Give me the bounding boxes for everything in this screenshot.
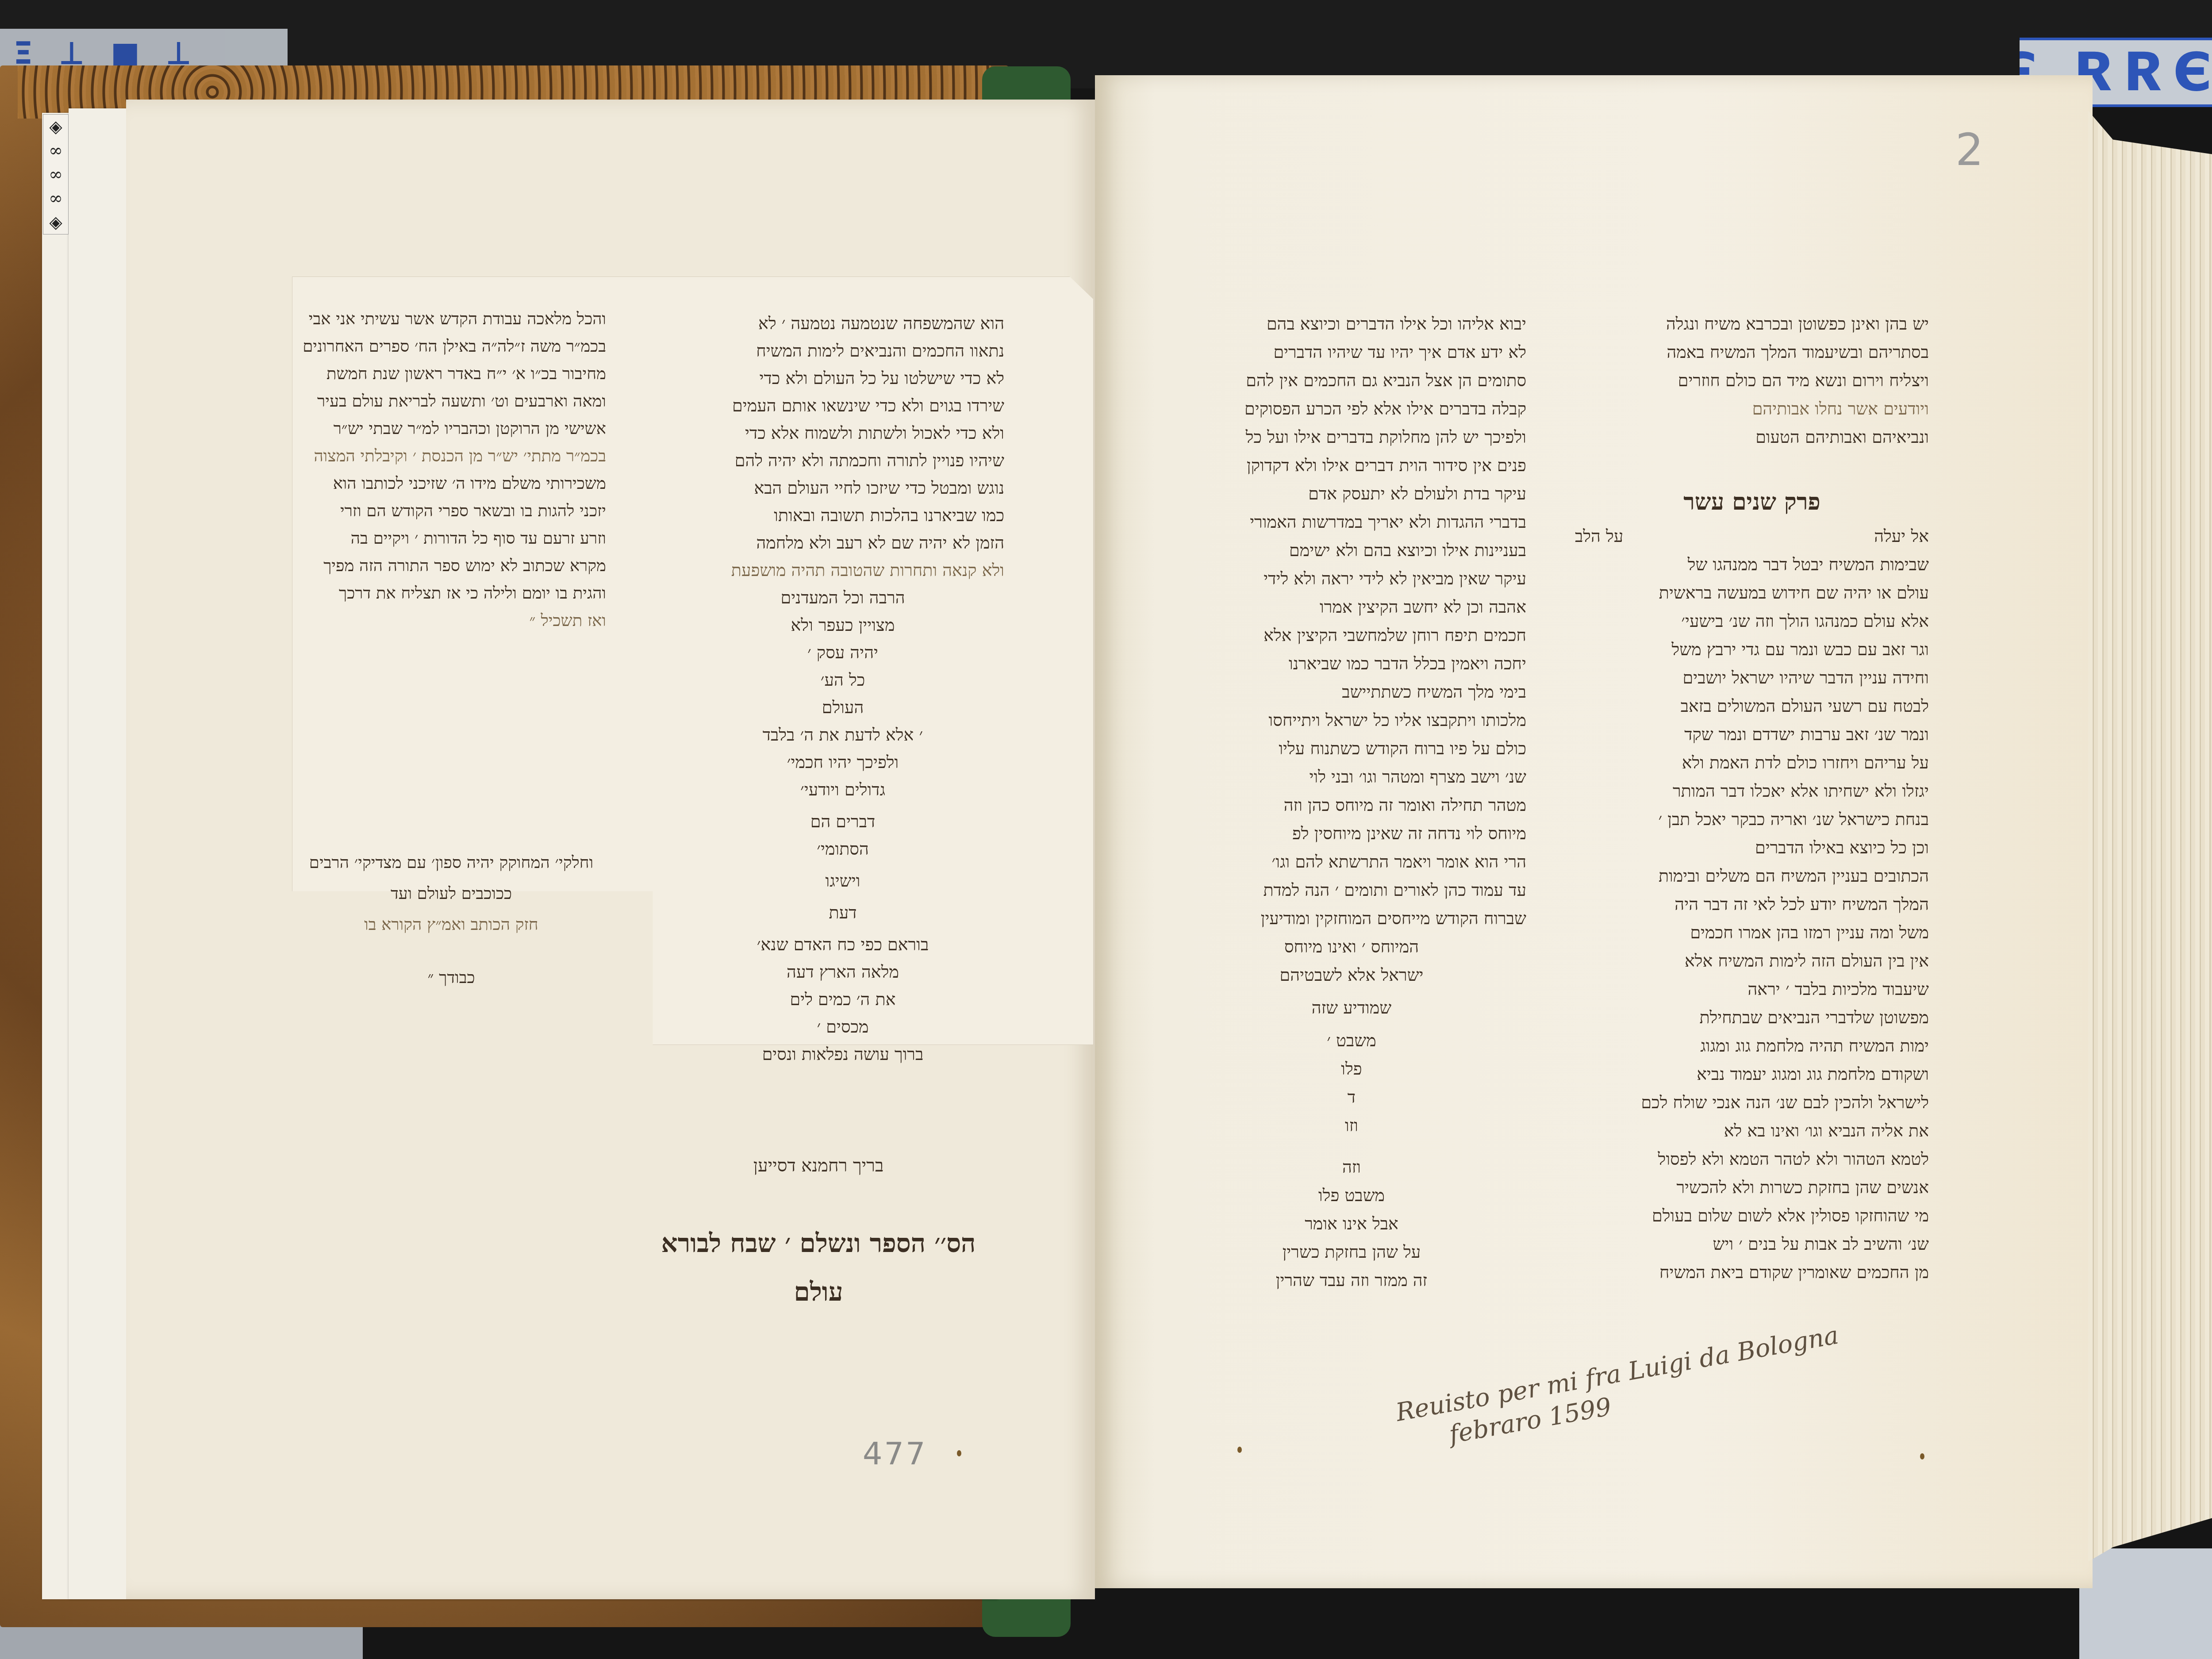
text-line: ונביאיהם ואבותיהם הטעום: [1575, 423, 1929, 451]
text-line: ונמר שנ׳ זאב ערבות ישדדם ונמר שקד: [1575, 720, 1929, 749]
knot-ornament-icon: ∞: [43, 162, 68, 186]
text-line: שירדו בגוים ולא כדי שינשאו אותם העמים: [681, 392, 1004, 419]
text-line: ושקודם מלחמת גוג ומגוג יעמוד נביא: [1575, 1060, 1929, 1088]
text-line: אנשים שהן בחזקת כשרות ולא להכשיר: [1575, 1173, 1929, 1202]
text-line: ומאה וארבעים וט׳ ותשעה לבריאת עולם בעיר: [305, 388, 606, 415]
text-line: המלך המשיח יודע לכל לאי זה דבר היה: [1575, 890, 1929, 918]
text-line: זה ממזר וזה עבד שהרין: [1177, 1266, 1526, 1294]
pinhole: [957, 1450, 961, 1456]
text-line: ישראל אלא לשבטיהם: [1177, 961, 1526, 989]
fore-edge-leaves: [2088, 111, 2212, 1562]
text-line: ולא קנאה ותחרות שהטובה תהיה מושפעת: [681, 557, 1004, 584]
folio-number-right: 2: [1955, 124, 1984, 176]
text-line: לא כדי שישלטו על כל העולם ולא כדי: [681, 365, 1004, 392]
ornamental-strip: ◈ ∞ ∞ ∞ ◈: [43, 114, 69, 234]
text-line: וזה: [1177, 1153, 1526, 1181]
text-line: וישיגו: [681, 867, 1004, 895]
text-line: ולא כדי לאכול ולשתות ולשמוח אלא כדי: [681, 419, 1004, 447]
text-line: עולם או יהיה שם חידוש במעשה בראשית: [1575, 579, 1929, 607]
text-line: דברים הם: [681, 808, 1004, 835]
text-line: פנים אין סידור הוית דברים אילו ולא דקדוק…: [1177, 451, 1526, 480]
pinhole: [1237, 1447, 1242, 1453]
text-line: ככוכבים לעולם ועד: [292, 878, 611, 909]
text-line: וחלקי׳ המחוקק יהיה ספון׳ עם מצדיקי׳ הרבי…: [292, 847, 611, 878]
text-line: דעת: [681, 899, 1004, 926]
colophon: בריך רחמנא דסייען הס׳׳ הספר ונשלם ׳ שבח …: [619, 1148, 1018, 1312]
text-line: עיקר שאין מביאין לא לידי יראה ולא לידי: [1177, 565, 1526, 593]
pinhole: [1920, 1453, 1924, 1459]
text-line: לישראל ולהכין לבם שנ׳ הנה אנכי שולח לכם: [1575, 1088, 1929, 1117]
text-line: וכן כל כיוצא באילו הדברים: [1575, 833, 1929, 862]
text-line: קבלה בדברים אילו אלא לפי הכרע הפסוקים: [1177, 395, 1526, 423]
text-line: יש בהן ואינן כפשוטן ובכרבא משיח ונגלה: [1575, 310, 1929, 338]
folio-number-left: 477: [863, 1436, 927, 1472]
text-line: מטהר תחילה ואומר זה מיוחס כהן וזה: [1177, 791, 1526, 819]
right-page-right-column: יש בהן ואינן כפשוטן ובכרבא משיח ונגלה בס…: [1575, 310, 1929, 1286]
text-line: מכסים ׳: [681, 1013, 1004, 1041]
text-line: אבל אינו אומר: [1177, 1210, 1526, 1238]
text-line: עד עמוד כהן לאורים ותומים ׳ הנה למדת: [1177, 876, 1526, 904]
text-line: על שהן בחזקת כשרין: [1177, 1238, 1526, 1266]
text-line: כמו שביארנו בהלכות תשובה ובאותו: [681, 502, 1004, 529]
left-page-right-column: הוא שהמשפחה שנטמעה נטמעה ׳ לא נתאוו החכמ…: [681, 310, 1004, 1068]
text-line: בסתריהם ובשיעמוד המלך המשיח באמה: [1575, 338, 1929, 366]
text-line: על עריהם ויחזרו כולם לדת האמת ולא: [1575, 749, 1929, 777]
text-line: הסתומי׳: [681, 835, 1004, 863]
text-line: כולם על פיו ברוח הקודש כשתנוח עליו: [1177, 734, 1526, 763]
text-line: בכמ״ר משה ז״לה״ה באילן הח׳ ספרים האחרוני…: [305, 333, 606, 360]
knot-ornament-icon: ∞: [43, 186, 68, 210]
colophon-title-end: עולם: [619, 1272, 1018, 1312]
text-line: ברוך עושה נפלאות ונסים: [681, 1041, 1004, 1068]
text-line: והגית בו יומם ולילה כי אז תצליח את דרכך: [305, 580, 606, 607]
text-line: הרבה וכל המעדנים: [681, 584, 1004, 611]
text-line: יזכני להגות בו ובשאר ספרי הקודש הם וזרי: [305, 497, 606, 525]
text-line: משבט ׳: [1177, 1026, 1526, 1055]
text-line: מצויין כעפר ולא: [681, 611, 1004, 639]
text-line: וחידה עניין הדבר שיהיו ישראל יושבים: [1575, 664, 1929, 692]
text-line: שברוח הקודש מייחסים המוחזקין ומודיעין: [1177, 904, 1526, 933]
heading-subline: אל יעלה על הלב: [1575, 522, 1929, 550]
text-line: וזרע זרעם עד סוף כל הדורות ׳ ויקיים בה: [305, 525, 606, 552]
colophon-title: הס׳׳ הספר ונשלם ׳ שבח לבורא: [619, 1223, 1018, 1263]
text-line: מן החכמים שאומרין שקודם ביאת המשיח: [1575, 1258, 1929, 1286]
text-line: מקרא שכתוב לא ימוש ספר התורה הזה מפיך: [305, 552, 606, 580]
text-line: ולפיכך יהיו חכמי׳: [681, 749, 1004, 776]
right-page-left-column: יבוא אליהו וכל אילו הדברים וכיוצא בהם לא…: [1177, 310, 1526, 1294]
text-line: מיוחס לוי נדחה זה שאינן מיוחסין לפ: [1177, 819, 1526, 848]
text-line: שבימות המשיח יבטל דבר ממנהגו של: [1575, 550, 1929, 579]
text-line: ד: [1177, 1083, 1526, 1111]
text-line: בכמ״ר מתתי׳ יש״ר מן הכנסת ׳ וקיבלתי המצו…: [305, 442, 606, 470]
text-line: ואז תשכיל ״: [305, 607, 606, 634]
text-line: וזו: [1177, 1111, 1526, 1140]
text-line: מלאה הארץ דעה: [681, 958, 1004, 986]
text-line: לא ידע אדם איך יהיו עד שיהיו הדברים: [1177, 338, 1526, 366]
text-line: נוגש ומבטל כדי שיזכו לחיי העולם הבא: [681, 474, 1004, 502]
text-line: שיהיו פנויין לתורה וחכמתה ולא יהיה להם: [681, 447, 1004, 474]
text-line: ׳ אלא לדעת את ה׳ בלבד: [681, 721, 1004, 749]
diamond-ornament-icon: ◈: [43, 115, 68, 138]
text-line: חכמים תיפח רוחן שלמחשבי הקיצין אלא: [1177, 621, 1526, 649]
text-line: הרי הוא אומר ויאמר התרשתא להם וגו׳: [1177, 848, 1526, 876]
heading-sub-right: אל יעלה: [1874, 522, 1929, 550]
text-line: משל ומה עניין רמזו בהן אמרו חכמים: [1575, 918, 1929, 947]
text-line: ויצליח וירום ונשא מיד הם כולם חוזרים: [1575, 366, 1929, 395]
text-line: העולם: [681, 694, 1004, 721]
text-line: בעניינות אילו וכיוצא בהם ולא ישימם: [1177, 536, 1526, 565]
text-line: הכתובים בעניין המשיח הם משלים ובימות: [1575, 862, 1929, 890]
text-line: המיוחס ׳ ואינו מיוחס: [1177, 933, 1526, 961]
text-line: לבטח עם רשעי העולם המשולים בזאב: [1575, 692, 1929, 720]
text-line: ויודעים אשר נחלו אבותיהם: [1575, 395, 1929, 423]
text-line: פלו: [1177, 1055, 1526, 1083]
text-line: כבודך ״: [292, 962, 611, 993]
text-line: נתאוו החכמים והנביאים לימות המשיח: [681, 337, 1004, 365]
text-line: את ה׳ כמים לים: [681, 986, 1004, 1013]
text-line: מי שהוחזקו פסולין אלא לשום שלום בעולם: [1575, 1202, 1929, 1230]
text-line: אשישי מן הרוקטן וכהבריו למ״ר שבתי יש״ר: [305, 415, 606, 442]
text-line: ולפיכך יש להן מחלוקת בדברים אילו ועל כל: [1177, 423, 1526, 451]
text-line: שמודיע שזה: [1177, 994, 1526, 1022]
text-line: סתומים הן אצל הנביא גם החכמים אין להם: [1177, 366, 1526, 395]
text-line: יהיה עסק ׳: [681, 639, 1004, 666]
text-line: מפשוטן שלדברי הנביאים שבתחילת: [1575, 1003, 1929, 1032]
text-line: מחיבור בכ״ו א׳ י״ח באדר ראשון שנת חמשת: [305, 360, 606, 388]
text-line: כל הע׳: [681, 666, 1004, 694]
text-line: משכירותי משלם מידו ה׳ שזיכני לכותבו הוא: [305, 470, 606, 497]
text-line: אין בין העולם הזה לימות המשיח אלא: [1575, 947, 1929, 975]
text-line: שיעבוד מלכיות בלבד ׳ יראה: [1575, 975, 1929, 1003]
text-line: אלא עולם כמנהגו הולך וזה שנ׳ בישעי׳: [1575, 607, 1929, 635]
text-line: גדולים ויודעי׳: [681, 776, 1004, 803]
knot-ornament-icon: ∞: [43, 138, 68, 162]
text-line: את אליה הנביא וגו׳ ואינו בא לא: [1575, 1117, 1929, 1145]
text-line: אהבה וכן לא יחשב הקיצין אמרו: [1177, 593, 1526, 621]
text-line: עיקר בדת ולעולם לא יתעסק אדם: [1177, 480, 1526, 508]
text-line: הזמן לא יהיה שם לא רעב ולא מלחמה: [681, 529, 1004, 557]
text-line: שנ׳ והשיב לב אבות על בנים ׳ ויש: [1575, 1230, 1929, 1258]
left-page-inlay-left-column: והכל מלאכה עבודת הקדש אשר עשיתי אני אבי …: [305, 305, 606, 634]
text-line: שנ׳ וישב מצרף ומטהר וגו׳ ובני לוי: [1177, 763, 1526, 791]
text-line: משבט פלו: [1177, 1181, 1526, 1210]
text-line: בדברי ההגדות ולא יאריך במדרשות האמורי: [1177, 508, 1526, 536]
text-line: והכל מלאכה עבודת הקדש אשר עשיתי אני אבי: [305, 305, 606, 333]
text-line: לטמא הטהור ולא לטהר הטמא ולא לפסול: [1575, 1145, 1929, 1173]
text-line: ימות המשיח תהיה מלחמת גוג ומגוג: [1575, 1032, 1929, 1060]
archive-label-bottom-right: [2079, 1548, 2212, 1659]
text-line: הוא שהמשפחה שנטמעה נטמעה ׳ לא: [681, 310, 1004, 337]
diamond-ornament-icon: ◈: [43, 210, 68, 234]
text-line: בנחת כישראל שנ׳ ואריה כבקר יאכל תבן ׳: [1575, 805, 1929, 833]
text-line: וגר זאב עם כבש ונמר עם גדי ירבץ משל: [1575, 635, 1929, 664]
text-line: חזק הכותב ואמ״ץ הקורא בו: [292, 909, 611, 940]
colophon-blessing: בריך רחמנא דסייען: [619, 1148, 1018, 1183]
text-line: בימי מלך המשיח כשתתיישב: [1177, 678, 1526, 706]
heading-sub-left: על הלב: [1575, 522, 1623, 550]
left-page-inlay-blessing: וחלקי׳ המחוקק יהיה ספון׳ עם מצדיקי׳ הרבי…: [292, 847, 611, 993]
text-line: יגזלו ולא ישחיתו אלא יאכלו דבר המותר: [1575, 777, 1929, 805]
text-line: מלכותו ויתקבצו אליו כל ישראל ויתייחסו: [1177, 706, 1526, 734]
text-line: בוראם כפי כח האדם שנא׳: [681, 931, 1004, 958]
text-line: יחכה ויאמין בכלל הדבר כמו שביארנו: [1177, 649, 1526, 678]
chapter-heading: פרק שנים עשר: [1575, 482, 1929, 522]
text-line: יבוא אליהו וכל אילו הדברים וכיוצא בהם: [1177, 310, 1526, 338]
